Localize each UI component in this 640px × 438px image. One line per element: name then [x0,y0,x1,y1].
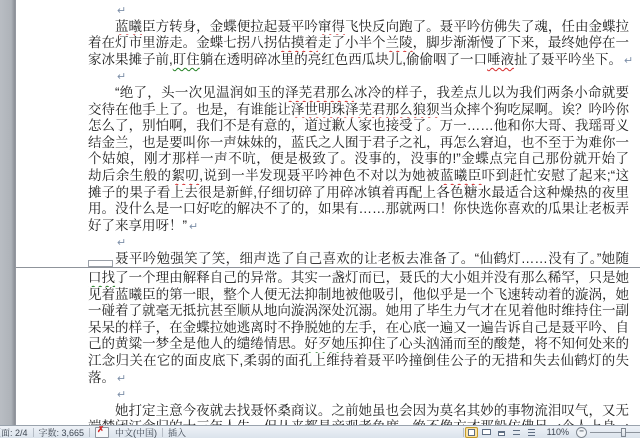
document-area[interactable]: ↵蓝曦臣方转身，金蝶便拉起聂平吟窜得飞快反向跑了。聂平吟仿佛失了魂，任由金蝶拉着… [0,0,640,426]
zoom-out-button[interactable]: − [576,427,587,438]
word-count[interactable]: 字数: 3,665 [34,426,90,438]
workspace-margin [0,0,16,426]
spellcheck-error-mark: ✗ [97,425,105,434]
separator [89,428,90,437]
zoom-slider-thumb[interactable] [621,428,626,437]
text-line: 劫后余生般的絮叨,说到一半发现聂平吟神色不对以为她被蓝曦臣吓到赶忙安慰了起来;“… [88,168,629,185]
text-line: ↵ [88,234,629,251]
text-line: 结金兰，也是要叫你一声妹妹的，蓝氏之人囿于君子之礼，再怎么窘迫，也不至于为难你一 [88,135,629,152]
paragraph-mark-icon: ↵ [624,55,633,67]
text-line: 用。没什么是一口好吃的解决不了的，如果有……那就两口！你快选你喜欢的瓜果让老板弄 [88,201,629,218]
zoom-level[interactable]: 110% [539,427,573,437]
status-bar-right: 110% − [463,426,640,438]
fullscreen-reading-icon [482,429,491,435]
spellcheck-flagged-text: 唾液 [487,52,514,67]
spellcheck-icon[interactable]: ✗ [95,427,109,438]
text-line: ↵ [88,68,629,85]
spellcheck-flagged-text: 泽芜君那么 [285,85,354,100]
view-print-layout-button[interactable] [465,427,478,438]
view-fullscreen-reading-button[interactable] [480,427,493,438]
text-line: 见着蓝曦臣的第一眼，整个人便无法抑制地被他吸引，他似乎是一个飞速转动着的漩涡，她 [88,287,629,304]
paragraph-mark-icon: ↵ [189,221,198,233]
spellcheck-flagged-text: 口找 [88,270,115,285]
paragraph-mark-icon: ↵ [117,389,126,401]
text-line: 一碰着了就毫无抵抗甚至顺从地向漩涡深处沉溺。她用了毕生力气才在见着他时维持住一副 [88,303,629,320]
spellcheck-flagged-text: 估摸着 [277,35,318,50]
text-line: 口找了一个理由解释自己的异常。其实一盏灯而已，聂氏的大小姐并没有那么稀罕，只是她 [88,270,629,287]
spellcheck-flagged-text: 絮叨 [171,168,199,183]
status-bar-left: 页面: 2/4 字数: 3,665 ✗ 中文(中国) 插入 [0,426,191,438]
text-line: 交待在他手上了。也是，有谁能让泽世明珠泽芜君那么狼狈当众摔个狗吃屎啊。诶？吟吟你 [88,102,629,119]
page-3-text[interactable]: 口找了一个理由解释自己的异常。其实一盏灯而已，聂氏的大小姐并没有那么稀罕，只是她… [88,270,629,426]
separator [463,428,464,437]
spellcheck-flagged-text: 泽世明珠泽芜君那么狼狈 [291,102,440,117]
text-line: 好了来享用呀！”↵ [88,218,629,235]
spellcheck-flagged-text: 蓝曦臣 [440,168,482,183]
text-line: 她打定主意今夜就去找聂怀桑商议。之前她虽也会因为莫名其妙的事物流泪叹气，又无 [88,403,629,420]
text-line: 聂平吟勉强笑了笑，细声选了自己喜欢的让老板去准备了。“仙鹤灯……没有了。”她随 [88,251,629,268]
page-indicator[interactable]: 页面: 2/4 [0,426,33,438]
page-break-divider [16,267,640,268]
spellcheck-flagged-text: 兰陵 [386,35,413,50]
text-line: 怎么了，别怕啊，我们不是有意的，道过歉人家也接受了。万一……他和你大哥、我瑶哥义 [88,118,629,135]
text-line: 呆呆的样子，在金蝶拉她逃离时不挣脱她的左手，在心底一遍又一遍告诉自己是聂平吟、自 [88,320,629,337]
paragraph-mark-icon: ↵ [117,5,126,17]
text-line: 蓝曦臣方转身，金蝶便拉起聂平吟窜得飞快反向跑了。聂平吟仿佛失了魂，任由金蝶拉 [88,19,629,36]
page-break-handle[interactable] [88,260,113,267]
view-outline-button[interactable] [510,427,523,438]
text-line: 家冰果摊子前,盯住躺在透明碎冰里的亮红色西瓜块儿,偷偷咽了一口唾液扯了聂平吟坐下… [88,52,629,69]
status-bar: 页面: 2/4 字数: 3,665 ✗ 中文(中国) 插入 110% − [0,425,640,438]
text-line: 摊子的果子看上去很是新鲜,仔细切碎了用碎冰镇着再配上各色糖水最适合这种燥热的夜里 [88,185,629,202]
print-layout-icon [468,429,475,436]
text-line: 落。↵ [88,370,629,387]
spellcheck-flagged-text: 蓝曦 [115,19,142,34]
view-draft-button[interactable] [525,427,538,438]
web-layout-icon [498,431,505,436]
language-indicator[interactable]: 中文(中国) [110,426,162,438]
text-line: 己的黄粱一梦全是他人的缱绻情思。好歹她压抑住了心头汹涌而至的酸楚，将不知何处来的 [88,336,629,353]
text-line: 江念归关在它的面皮底下,柔弱的面孔上维持着聂平吟撞倒佳公子的无措和失去仙鹤灯的失 [88,353,629,370]
text-line: 着在灯市里游走。金蝶七拐八拐估摸着走了小半个兰陵，脚步渐渐慢了下来，最终她停在一 [88,35,629,52]
spellcheck-flagged-text: 盯住 [173,52,200,67]
draft-icon [528,429,535,436]
text-line: ↵ [88,2,629,19]
text-line: “绝了，头一次见温润如玉的泽芜君那么冰冷的样子，我差点儿以为我们两条小命就要 [88,85,629,102]
spellcheck-flagged-text: 窜得 [318,19,345,34]
page-2-text[interactable]: ↵蓝曦臣方转身，金蝶便拉起聂平吟窜得飞快反向跑了。聂平吟仿佛失了魂，任由金蝶拉着… [88,2,629,268]
paragraph-mark-icon: ↵ [117,237,126,249]
outline-icon [513,430,520,435]
spellcheck-flagged-text: 好歹她 [304,336,345,351]
text-line: ↵ [88,386,629,403]
minus-icon: − [579,428,584,436]
view-web-layout-button[interactable] [495,427,508,438]
zoom-slider[interactable] [590,427,640,438]
insert-mode-indicator[interactable]: 插入 [163,426,191,438]
text-line: 个姑娘，刚才那样一声不吭，便是极致了。没事的，没事的!”金蝶点完自己那份就开始了 [88,151,629,168]
paragraph-mark-icon: ↵ [117,373,126,385]
paragraph-mark-icon: ↵ [117,71,126,83]
